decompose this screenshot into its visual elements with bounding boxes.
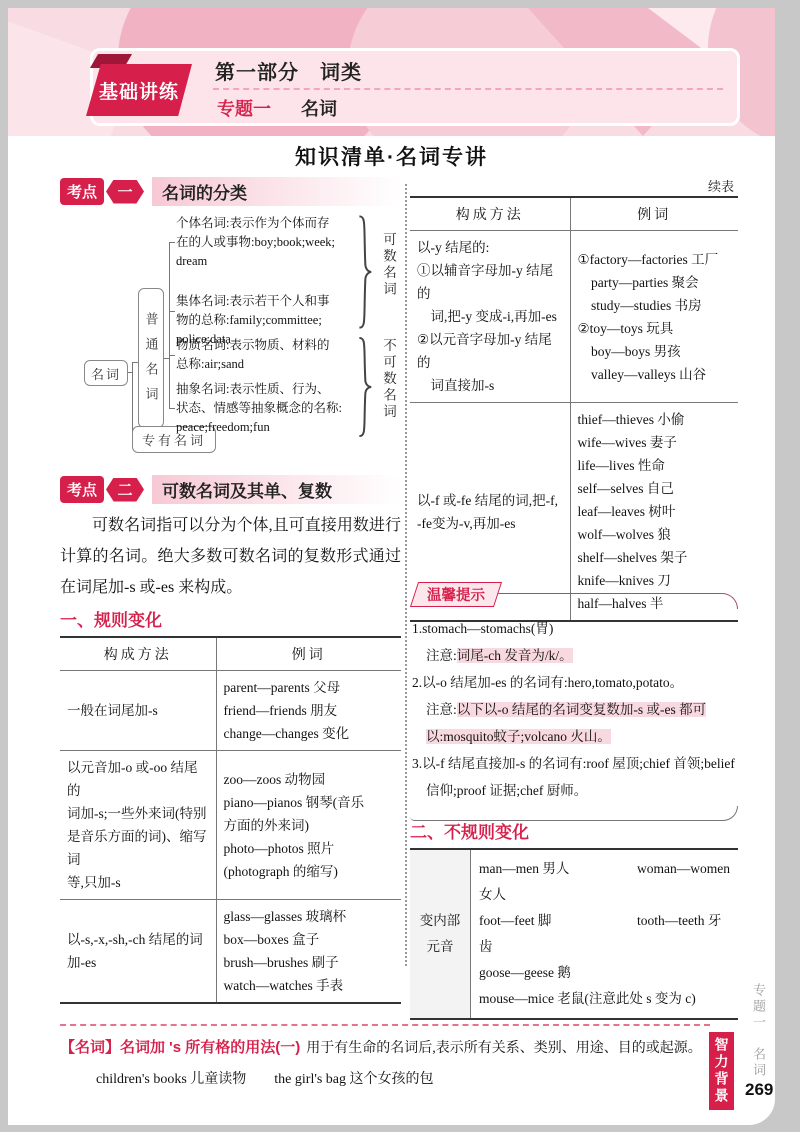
connector-line: [169, 242, 170, 409]
tree-node-common-noun: 普通名词: [138, 288, 164, 428]
irregular-label-cell: 变内部 元音: [410, 849, 471, 1019]
group-label-countable: 可数名词: [378, 232, 398, 322]
noun-classification-diagram: 名词 普通名词 专有名词 个体名词:表示作为个体而存 在的人或事物:boy;bo…: [60, 212, 401, 470]
examples-cell: glass—glasses 玻璃杯 box—boxes 盒子 brush—bru…: [216, 900, 401, 1004]
group-label-uncountable: 不可数名词: [378, 338, 398, 438]
connector-line: [169, 408, 175, 409]
connector-line: [169, 355, 175, 356]
column-divider: [405, 184, 407, 966]
word-pair: mouse—mice 老鼠(注意此处 s 变为 c): [479, 991, 696, 1006]
table-row: 变内部 元音 man—men 男人woman—women 女人 foot—fee…: [410, 849, 738, 1019]
topic-name: 名词: [301, 99, 337, 119]
tips-label-tab: 温馨提示: [410, 582, 502, 607]
tree-item-abstract-noun: 抽象名词:表示性质、行为、 状态、情感等抽象概念的名称: peace;freed…: [176, 380, 362, 437]
footer-note: 【名词】名词加 's 所有格的用法(一)用于有生命的名词后,表示所有关系、类别、…: [60, 1036, 710, 1057]
note-highlight: 以下以-o 结尾的名词变复数加-s 或-es 都可以:mosquito蚊子;vo…: [426, 702, 706, 744]
table-header-row: 构成方法 例词: [60, 637, 401, 671]
kaodian-title: 可数名词及其单、复数: [152, 475, 401, 504]
tree-item-material-noun: 物质名词:表示物质、材料的 总称:air;sand: [176, 336, 362, 374]
tips-body: 1.stomach—stomachs(胃) 注意:词尾-ch 发音为/k/。 2…: [410, 609, 738, 804]
table-row: 以-s,-x,-sh,-ch 结尾的词 加-es glass—glasses 玻…: [60, 900, 401, 1004]
tips-top-curve: [498, 593, 738, 609]
word-pair: goose—geese 鹅: [479, 965, 571, 980]
regular-change-table: 构成方法 例词 一般在词尾加-s parent—parents 父母 frien…: [60, 636, 401, 1004]
part-title: 第一部分 词类: [215, 56, 362, 85]
examples-cell: ①factory—factories 工厂 party—parties 聚会 s…: [570, 231, 738, 403]
tips-item-1: 1.stomach—stomachs(胃): [412, 615, 736, 642]
kaodian-number-icon: 一: [106, 180, 144, 204]
footer-examples: children's books 儿童读物 the girl's bag 这个女…: [96, 1068, 434, 1088]
connector-line: [169, 311, 175, 312]
table-header-row: 构成方法 例词: [410, 197, 738, 231]
section-kaodian-2: 考点 二 可数名词及其单、复数: [60, 476, 401, 503]
continued-table-label: 续表: [708, 176, 734, 195]
tips-note-1: 注意:词尾-ch 发音为/k/。: [412, 642, 736, 669]
topic-label: 专题一: [217, 99, 271, 119]
irregular-line: foot—feet 脚tooth—teeth 牙齿: [479, 908, 730, 960]
examples-cell: zoo—zoos 动物园 piano—pianos 钢琴(音乐 方面的外来词) …: [216, 751, 401, 900]
chapter-header-bar: 第一部分 词类 专题一名词: [90, 48, 740, 126]
kaodian-badge: 考点: [60, 476, 104, 503]
footer-dashed-divider: [60, 1024, 710, 1026]
footer-term-title: 名词加 's 所有格的用法(一): [120, 1039, 300, 1056]
footer-term: 【名词】: [60, 1039, 120, 1056]
word-pair: man—men 男人: [479, 856, 637, 882]
irregular-change-table: 变内部 元音 man—men 男人woman—women 女人 foot—fee…: [410, 848, 738, 1020]
brace-icon: [356, 214, 373, 330]
right-column: 续表 构成方法 例词 以-y 结尾的: ①以辅音字母加-y 结尾的 词,把-y …: [410, 178, 738, 968]
irregular-content-cell: man—men 男人woman—women 女人 foot—feet 脚toot…: [471, 849, 739, 1019]
tips-item-3: 3.以-f 结尾直接加-s 的名词有:roof 屋顶;chief 首领;beli…: [412, 750, 736, 804]
tips-header: 温馨提示: [410, 582, 738, 609]
side-badge-zhili-beijing: 智力背景: [709, 1032, 734, 1110]
brace-icon: [356, 336, 373, 438]
note-highlight: 词尾-ch 发音为/k/。: [457, 648, 573, 663]
side-vertical-topic: 专题一 名词: [749, 983, 768, 1085]
kaodian-number-icon: 二: [106, 478, 144, 502]
page-title: 知识清单·名词专讲: [8, 141, 775, 171]
heading-irregular-change: 二、不规则变化: [410, 818, 529, 843]
tips-box: 温馨提示 1.stomach—stomachs(胃) 注意:词尾-ch 发音为/…: [410, 582, 738, 821]
table-row: 以-y 结尾的: ①以辅音字母加-y 结尾的 词,把-y 变成-i,再加-es …: [410, 231, 738, 403]
section-kaodian-1: 考点 一 名词的分类: [60, 178, 401, 205]
heading-regular-change: 一、规则变化: [60, 606, 162, 631]
countable-noun-intro: 可数名词指可以分为个体,且可直接用数进行计算的名词。绝大多数可数名词的复数形式通…: [60, 510, 401, 603]
column-header-examples: 例词: [216, 637, 401, 671]
tree-node-root: 名词: [84, 360, 128, 386]
kaodian-title: 名词的分类: [152, 177, 401, 206]
column-header-method: 构成方法: [410, 197, 570, 231]
regular-change-table-continued: 构成方法 例词 以-y 结尾的: ①以辅音字母加-y 结尾的 词,把-y 变成-…: [410, 196, 738, 622]
note-label: 注意:: [426, 702, 457, 717]
irregular-line: goose—geese 鹅: [479, 960, 730, 986]
edge-tab: 基础讲练: [86, 64, 192, 116]
tips-item-2: 2.以-o 结尾加-es 的名词有:hero,tomato,potato。: [412, 669, 736, 696]
irregular-line: mouse—mice 老鼠(注意此处 s 变为 c): [479, 986, 730, 1012]
table-row: 以元音加-o 或-oo 结尾的 词加-s;一些外来词(特别 是音乐方面的词)、缩…: [60, 751, 401, 900]
method-cell: 一般在词尾加-s: [60, 671, 216, 751]
header-dashed-divider: [213, 88, 723, 90]
book-page: 第一部分 词类 专题一名词 基础讲练 知识清单·名词专讲 考点 一 名词的分类 …: [8, 8, 775, 1125]
kaodian-badge: 考点: [60, 178, 104, 205]
column-header-examples: 例词: [570, 197, 738, 231]
left-column: 考点 一 名词的分类 名词 普通名词 专有名词 个体名词:表示作为个体而存 在的…: [60, 178, 401, 968]
connector-line: [169, 242, 175, 243]
method-cell: 以-y 结尾的: ①以辅音字母加-y 结尾的 词,把-y 变成-i,再加-es …: [410, 231, 570, 403]
table-row: 一般在词尾加-s parent—parents 父母 friend—friend…: [60, 671, 401, 751]
word-pair: foot—feet 脚: [479, 908, 637, 934]
page-number: 269: [745, 1080, 773, 1100]
method-cell: 以-s,-x,-sh,-ch 结尾的词 加-es: [60, 900, 216, 1004]
tips-note-2: 注意:以下以-o 结尾的名词变复数加-s 或-es 都可以:mosquito蚊子…: [412, 696, 736, 750]
topic-row: 专题一名词: [217, 95, 337, 121]
note-label: 注意:: [426, 648, 457, 663]
examples-cell: parent—parents 父母 friend—friends 朋友 chan…: [216, 671, 401, 751]
irregular-line: man—men 男人woman—women 女人: [479, 856, 730, 908]
tips-label-text: 温馨提示: [427, 584, 485, 605]
method-cell: 以元音加-o 或-oo 结尾的 词加-s;一些外来词(特别 是音乐方面的词)、缩…: [60, 751, 216, 900]
footer-description: 用于有生命的名词后,表示所有关系、类别、用途、目的或起源。: [306, 1041, 702, 1056]
column-header-method: 构成方法: [60, 637, 216, 671]
tree-item-individual-noun: 个体名词:表示作为个体而存 在的人或事物:boy;book;week; drea…: [176, 214, 362, 271]
